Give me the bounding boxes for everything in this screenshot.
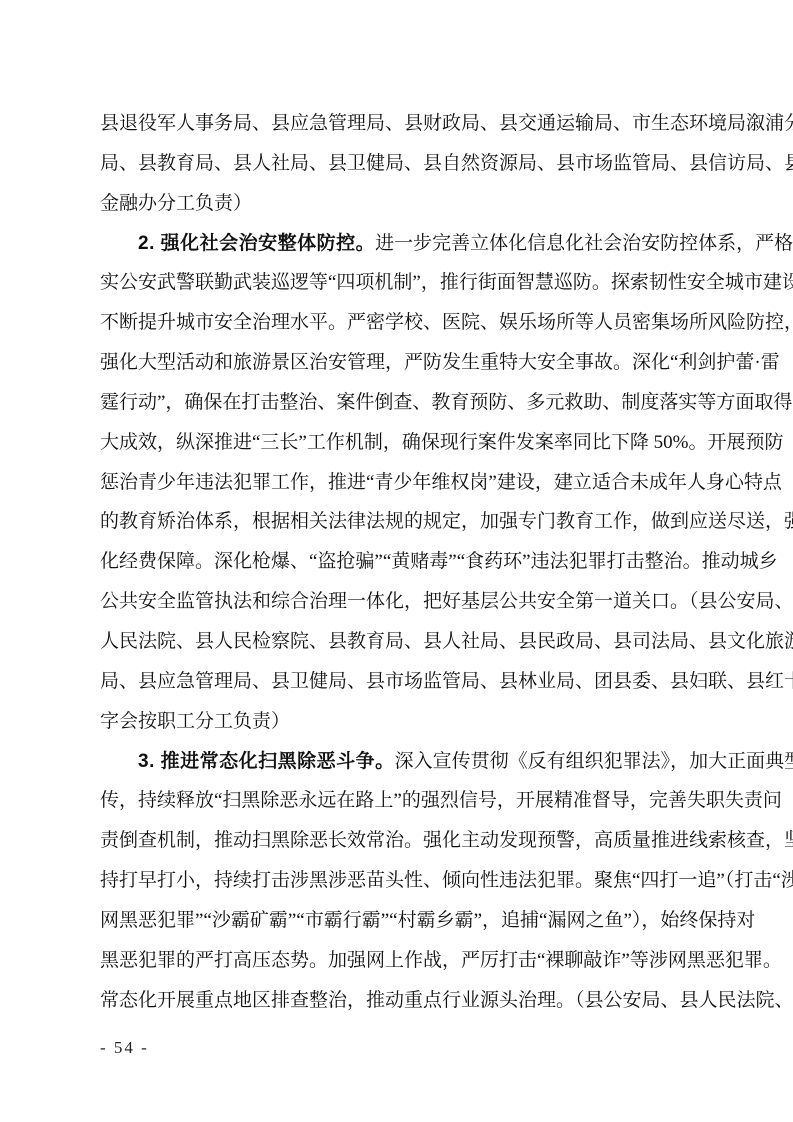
page-number: - 54 - [100, 1036, 149, 1060]
body-text-line: 常态化开展重点地区排查整治，推动重点行业源头治理。（县公安局、县人民法院、县 [100, 981, 700, 1021]
body-text-line: 公共安全监管执法和综合治理一体化，把好基层公共安全第一道关口。（县公安局、县 [100, 582, 700, 622]
line-text: 县退役军人事务局、县应急管理局、县财政局、县交通运输局、市生态环境局溆浦分 [100, 113, 793, 134]
line-text: 网黑恶犯罪”“沙霸矿霸”“市霸行霸”“村霸乡霸”，追捕“漏网之鱼”），始终保持对 [100, 910, 755, 931]
paragraph-heading-line: 2. 强化社会治安整体防控。进一步完善立体化信息化社会治安防控体系，严格落 [100, 224, 700, 264]
body-text-line: 霆行动”，确保在打击整治、案件倒查、教育预防、多元救助、制度落实等方面取得更 [100, 383, 700, 423]
body-text-line: 局、县教育局、县人社局、县卫健局、县自然资源局、县市场监管局、县信访局、县 [100, 144, 700, 184]
line-text: 实公安武警联勤武装巡逻等“四项机制”，推行街面智慧巡防。探索韧性安全城市建设， [100, 272, 793, 293]
line-text: 局、县应急管理局、县卫健局、县市场监管局、县林业局、团县委、县妇联、县红十 [100, 671, 793, 692]
line-text: 局、县教育局、县人社局、县卫健局、县自然资源局、县市场监管局、县信访局、县 [100, 153, 793, 174]
line-text: 常态化开展重点地区排查整治，推动重点行业源头治理。（县公安局、县人民法院、县 [100, 990, 793, 1011]
line-text: 大成效，纵深推进“三长”工作机制，确保现行案件发案率同比下降 50%。开展预防 [100, 432, 783, 453]
body-text-line: 人民法院、县人民检察院、县教育局、县人社局、县民政局、县司法局、县文化旅游 [100, 622, 700, 662]
line-text: 进一步完善立体化信息化社会治安防控体系，严格落 [375, 233, 793, 254]
line-text: 传，持续释放“扫黑除恶永远在路上”的强烈信号，开展精准督导，完善失职失责问 [100, 790, 782, 811]
body-text-line: 化经费保障。深化枪爆、“盗抢骗”“黄赌毒”“食药环”违法犯罪打击整治。推动城乡 [100, 542, 700, 582]
line-text: 黑恶犯罪的严打高压态势。加强网上作战，严厉打击“裸聊敲诈”等涉网黑恶犯罪。 [100, 950, 782, 971]
body-text-line: 责倒查机制，推动扫黑除恶长效常治。强化主动发现预警，高质量推进线索核查，坚 [100, 821, 700, 861]
body-text-line: 县退役军人事务局、县应急管理局、县财政局、县交通运输局、市生态环境局溆浦分 [100, 104, 700, 144]
line-text: 的教育矫治体系，根据相关法律法规的规定，加强专门教育工作，做到应送尽送，强 [100, 511, 793, 532]
body-text-line: 网黑恶犯罪”“沙霸矿霸”“市霸行霸”“村霸乡霸”，追捕“漏网之鱼”），始终保持对 [100, 901, 700, 941]
body-text-line: 持打早打小，持续打击涉黑涉恶苗头性、倾向性违法犯罪。聚焦“四打一追”（打击“涉 [100, 861, 700, 901]
body-text-line: 黑恶犯罪的严打高压态势。加强网上作战，严厉打击“裸聊敲诈”等涉网黑恶犯罪。 [100, 941, 700, 981]
paragraph-heading-line: 3. 推进常态化扫黑除恶斗争。深入宣传贯彻《反有组织犯罪法》，加大正面典型宣 [100, 742, 700, 782]
line-text: 持打早打小，持续打击涉黑涉恶苗头性、倾向性违法犯罪。聚焦“四打一追”（打击“涉 [100, 870, 793, 891]
body-text-line: 金融办分工负责） [100, 184, 700, 224]
paragraph-heading: 2. 强化社会治安整体防控。 [138, 233, 375, 254]
body-text-line: 强化大型活动和旅游景区治安管理，严防发生重特大安全事故。深化“利剑护蕾·雷 [100, 343, 700, 383]
line-text: 惩治青少年违法犯罪工作，推进“青少年维权岗”建设，建立适合未成年人身心特点 [100, 472, 782, 493]
line-text: 霆行动”，确保在打击整治、案件倒查、教育预防、多元救助、制度落实等方面取得更 [100, 392, 793, 413]
line-text: 不断提升城市安全治理水平。严密学校、医院、娱乐场所等人员密集场所风险防控， [100, 312, 793, 333]
line-text: 人民法院、县人民检察院、县教育局、县人社局、县民政局、县司法局、县文化旅游 [100, 631, 793, 652]
body-text-line: 字会按职工分工负责） [100, 702, 700, 742]
body-text-line: 实公安武警联勤武装巡逻等“四项机制”，推行街面智慧巡防。探索韧性安全城市建设， [100, 263, 700, 303]
document-page: 县退役军人事务局、县应急管理局、县财政局、县交通运输局、市生态环境局溆浦分 局、… [0, 0, 793, 1122]
paragraph-heading: 3. 推进常态化扫黑除恶斗争。 [138, 751, 395, 772]
body-text-line: 惩治青少年违法犯罪工作，推进“青少年维权岗”建设，建立适合未成年人身心特点 [100, 463, 700, 503]
document-body: 县退役军人事务局、县应急管理局、县财政局、县交通运输局、市生态环境局溆浦分 局、… [100, 104, 700, 1020]
line-text: 字会按职工分工负责） [100, 711, 290, 732]
body-text-line: 传，持续释放“扫黑除恶永远在路上”的强烈信号，开展精准督导，完善失职失责问 [100, 781, 700, 821]
line-text: 金融办分工负责） [100, 193, 252, 214]
line-text: 深入宣传贯彻《反有组织犯罪法》，加大正面典型宣 [395, 751, 793, 772]
body-text-line: 不断提升城市安全治理水平。严密学校、医院、娱乐场所等人员密集场所风险防控， [100, 303, 700, 343]
line-text: 化经费保障。深化枪爆、“盗抢骗”“黄赌毒”“食药环”违法犯罪打击整治。推动城乡 [100, 551, 778, 572]
body-text-line: 局、县应急管理局、县卫健局、县市场监管局、县林业局、团县委、县妇联、县红十 [100, 662, 700, 702]
body-text-line: 的教育矫治体系，根据相关法律法规的规定，加强专门教育工作，做到应送尽送，强 [100, 502, 700, 542]
line-text: 强化大型活动和旅游景区治安管理，严防发生重特大安全事故。深化“利剑护蕾·雷 [100, 352, 780, 373]
body-text-line: 大成效，纵深推进“三长”工作机制，确保现行案件发案率同比下降 50%。开展预防 [100, 423, 700, 463]
line-text: 公共安全监管执法和综合治理一体化，把好基层公共安全第一道关口。（县公安局、县 [100, 591, 793, 612]
line-text: 责倒查机制，推动扫黑除恶长效常治。强化主动发现预警，高质量推进线索核查，坚 [100, 830, 793, 851]
